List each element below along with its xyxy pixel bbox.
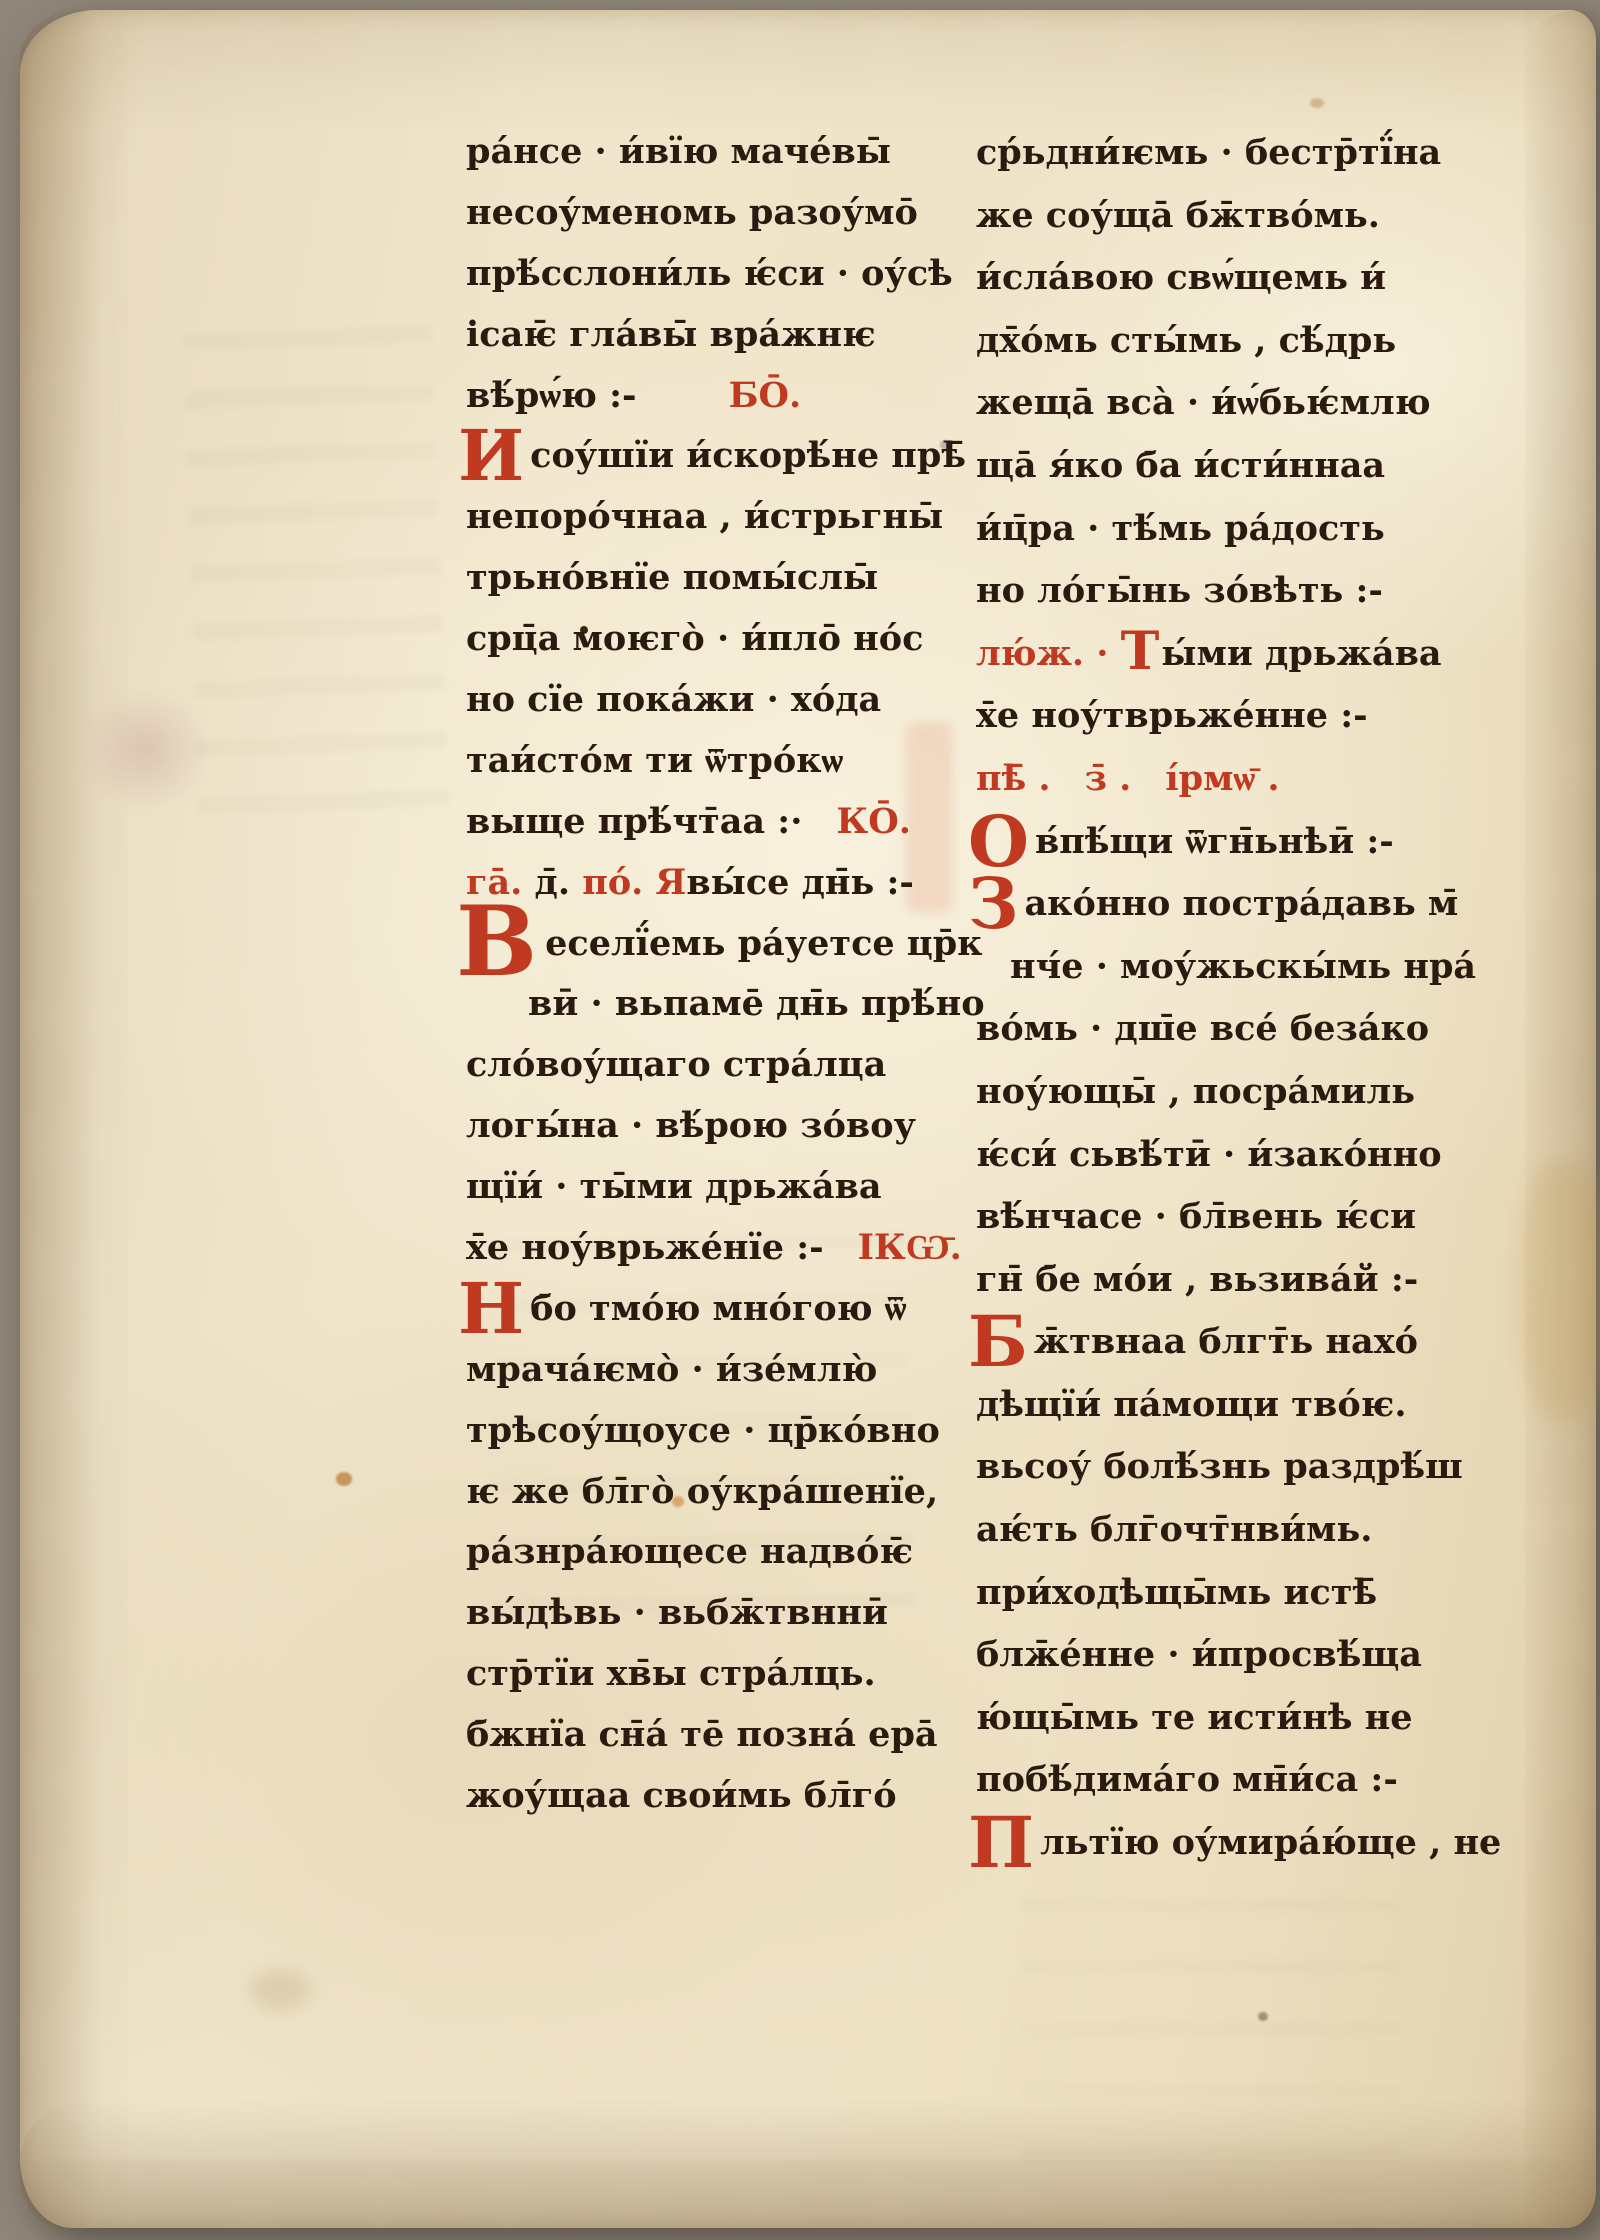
page-edge-shading-right	[1526, 10, 1596, 2228]
text-ink: вы́дѣвь · вьбж̄твннӣ	[466, 1592, 888, 1633]
text-ink: ср́ьдни́ѥмь · бестр̄тї́на	[976, 132, 1441, 173]
text-ink: гн̄ б̄е мо́и , вьзива́й :-	[976, 1259, 1418, 1300]
text-rubric: і́рмѡ̄ .	[1165, 758, 1279, 799]
text-ink: вьсоу́ болѣ́знь раздрѣ́ш	[976, 1446, 1463, 1487]
text-ink: дѣщїи́ па́мощи тво́ѥ.	[976, 1384, 1407, 1425]
text-ink: в́пѣ́щи ѿгн̄ьнѣӣ :-	[1035, 821, 1394, 862]
manuscript-line: и́сла́вою свѡ́щемь и́	[976, 247, 1501, 310]
manuscript-line: жоу́щаа свои́мь бл̄го́	[466, 1766, 985, 1827]
text-rubric: Я	[656, 862, 687, 903]
manuscript-line: ѥ же бл̄го̀ оу́кра́шенїе,	[466, 1462, 985, 1523]
text-ink: при́ходѣщы̄мь истѣ̄	[976, 1572, 1377, 1613]
manuscript-line: вѣ́нчасе · бл̄вень ѥ́си	[976, 1186, 1501, 1249]
manuscript-line: мрача́ѥмо̀ · и́зе́млю̀	[466, 1340, 985, 1401]
text-ink: д̄.	[535, 862, 583, 903]
text-ink: ж̄твнаа блгт̄ь нахо́	[1034, 1321, 1418, 1362]
text-ink: ю́щы̄мь те исти́нѣ не	[976, 1697, 1413, 1738]
manuscript-line: вѣ́рѡ́ю :-БО̄.	[466, 366, 985, 427]
manuscript-line: ю́щы̄мь те исти́нѣ не	[976, 1687, 1501, 1750]
manuscript-line: но сїе пока́жи · хо́да	[466, 670, 985, 731]
text-ink: трьно́внїе помы́слы̄	[466, 557, 878, 598]
text-ink: логы́на · вѣ́рою зо́воу	[466, 1105, 916, 1146]
text-ink: вӣ · вьпаме̄ дн̄ь прѣ́но	[528, 983, 985, 1024]
text-ink: б̄о тмо́ю мно́гою ѿ	[530, 1288, 906, 1329]
manuscript-line: аѥ́ть блг̄очт̄нви́мь.	[976, 1499, 1501, 1562]
manuscript-line: Веселї́емь ра́уетсе цр̄к	[466, 914, 985, 975]
manuscript-line: срц̄а моѥго̀ · и́пло̄ но́с	[466, 609, 985, 670]
manuscript-line: ісаѥ̄ гла́вы̄ вра́жнѥ	[466, 305, 985, 366]
text-ink: прѣ́сслони́ль ѥ́си · оу́сѣ	[466, 253, 953, 294]
manuscript-line: ща̄ я́ко б̄а и́сти́ннаа	[976, 435, 1501, 498]
text-ink: сло́воу́щаго стра́лца	[466, 1044, 886, 1085]
manuscript-line: нч́е · моу́жьскы́мь нра́	[976, 936, 1501, 999]
manuscript-line: х̄е ноу́тврьже́нне :-	[976, 685, 1501, 748]
stain	[250, 1970, 310, 2010]
manuscript-line: таи́сто́м ти ѿтро́кѡ	[466, 731, 985, 792]
text-rubric: КО̄.	[836, 801, 911, 842]
text-ink: мрача́ѥмо̀ · и́зе́млю̀	[466, 1349, 877, 1390]
text-ink: ра́нсе · и́вїю маче́вы̄	[466, 131, 891, 172]
text-ink: несоу́меномь разоу́мо̄	[466, 192, 918, 233]
text-ink: х̄е ноу́врьже́нїе :-	[466, 1227, 824, 1268]
manuscript-line: га̄. д̄. по́. Явы́се дн̄ь :-	[466, 853, 985, 914]
text-ink: но сїе пока́жи · хо́да	[466, 679, 881, 720]
text-rubric: лю́ж. ·	[976, 633, 1121, 674]
text-column-right: ср́ьдни́ѥмь · бестр̄тї́наже соу́ща̄ бж̄т…	[976, 122, 1501, 1875]
text-ink: ако́нно постра́давь м̄	[1024, 883, 1458, 924]
manuscript-line: же соу́ща̄ бж̄тво́мь.	[976, 185, 1501, 248]
text-ink: побѣ́дима́го мн̄и́са :-	[976, 1759, 1398, 1800]
manuscript-line: дѣщїи́ па́мощи тво́ѥ.	[976, 1374, 1501, 1437]
manuscript-line: вьсоу́ болѣ́знь раздрѣ́ш	[976, 1436, 1501, 1499]
text-ink: ра́знра́ющесе надво́ѥ̄	[466, 1531, 913, 1572]
text-rubric: пѣ̄ .	[976, 758, 1051, 799]
manuscript-line: вы́дѣвь · вьбж̄твннӣ	[466, 1583, 985, 1644]
manuscript-line: ноу́ющы̄ , посра́миль	[976, 1061, 1501, 1124]
text-ink: аѥ́ть блг̄очт̄нви́мь.	[976, 1509, 1372, 1550]
manuscript-line: пѣ̄ .з̄ .і́рмѡ̄ .	[976, 748, 1501, 811]
manuscript-line: выще прѣ́чт̄аа :·КО̄.	[466, 792, 985, 853]
manuscript-line: Зако́нно постра́давь м̄	[976, 873, 1501, 936]
text-ink: блж̄е́нне · и́просвѣ́ща	[976, 1634, 1422, 1675]
text-ink: выще прѣ́чт̄аа :·	[466, 801, 802, 842]
manuscript-line: ѥ́си́ сьвѣ́тӣ · и́зако́нно	[976, 1124, 1501, 1187]
manuscript-line: Исоу́шїи и́скорѣ́не прѣ̄	[466, 426, 985, 487]
text-ink: же соу́ща̄ бж̄тво́мь.	[976, 195, 1380, 236]
text-rubric: з̄ .	[1085, 758, 1132, 799]
verso-show-through	[181, 286, 449, 814]
text-column-left: ра́нсе · и́вїю маче́вы̄несоу́меномь разо…	[466, 122, 985, 1827]
text-ink: ща̄ я́ко б̄а и́сти́ннаа	[976, 445, 1385, 486]
manuscript-line: и́ц̄ра · тѣ́мь ра́дость	[976, 498, 1501, 561]
text-rubric: по́.	[582, 862, 655, 903]
manuscript-line: сло́воу́щаго стра́лца	[466, 1035, 985, 1096]
text-ink: ѥ́си́ сьвѣ́тӣ · и́зако́нно	[976, 1134, 1442, 1175]
text-rubric: БО̄.	[729, 375, 802, 416]
page-edge-shading-left	[20, 10, 100, 2228]
text-ink: жеща̄ вса̀ · и́ѡ́бьѥ́млю	[976, 382, 1431, 423]
manuscript-line: Ов́пѣ́щи ѿгн̄ьнѣӣ :-	[976, 811, 1501, 874]
manuscript-line: щїи́ · ты̄ми дрьжа́ва	[466, 1157, 985, 1218]
text-ink: срц̄а моѥго̀ · и́пло̄ но́с	[466, 618, 923, 659]
manuscript-line: вӣ · вьпаме̄ дн̄ь прѣ́но	[466, 974, 985, 1035]
manuscript-line: х̄е ноу́врьже́нїе :-ІКѠ̄.	[466, 1218, 985, 1279]
text-rubric: ІКѠ̄.	[858, 1227, 962, 1268]
text-ink: ноу́ющы̄ , посра́миль	[976, 1071, 1415, 1112]
text-ink: но ло́гы̄нь зо́вѣть :-	[976, 570, 1383, 611]
manuscript-line: жеща̄ вса̀ · и́ѡ́бьѥ́млю	[976, 372, 1501, 435]
text-ink: льтїю оу́мира́ю́ще , не	[1040, 1822, 1501, 1863]
text-ink: еселї́емь ра́уетсе цр̄к	[545, 923, 982, 964]
manuscript-line: стр̄тїи хв̄ы стра́лць.	[466, 1644, 985, 1705]
manuscript-line: побѣ́дима́го мн̄и́са :-	[976, 1749, 1501, 1812]
manuscript-line: гн̄ б̄е мо́и , вьзива́й :-	[976, 1249, 1501, 1312]
manuscript-line: ср́ьдни́ѥмь · бестр̄тї́на	[976, 122, 1501, 185]
manuscript-line: во́мь · дш̄е все́ беза́ко	[976, 998, 1501, 1061]
manuscript-page: ра́нсе · и́вїю маче́вы̄несоу́меномь разо…	[20, 10, 1596, 2228]
foxing-spot	[336, 1472, 352, 1486]
manuscript-line: но ло́гы̄нь зо́вѣть :-	[976, 560, 1501, 623]
manuscript-line: дх̄о́мь сты́мь , сѣ́дрь	[976, 310, 1501, 373]
text-ink: х̄е ноу́тврьже́нне :-	[976, 695, 1368, 736]
manuscript-line: трѣсоу́щоусе · цр̄ко́вно	[466, 1401, 985, 1462]
manuscript-line: ра́нсе · и́вїю маче́вы̄	[466, 122, 985, 183]
text-ink: вы́се дн̄ь :-	[686, 862, 914, 903]
manuscript-line: Нб̄о тмо́ю мно́гою ѿ	[466, 1279, 985, 1340]
foxing-spot	[1258, 2012, 1268, 2021]
manuscript-line: Пльтїю оу́мира́ю́ще , не	[976, 1812, 1501, 1875]
text-ink: вѣ́нчасе · бл̄вень ѥ́си	[976, 1196, 1416, 1237]
manuscript-line: ра́знра́ющесе надво́ѥ̄	[466, 1522, 985, 1583]
text-ink: б̄жнїа сн̄а́ те̄ позна́ ера̄	[466, 1714, 938, 1755]
text-ink: щїи́ · ты̄ми дрьжа́ва	[466, 1166, 882, 1207]
manuscript-line: прѣ́сслони́ль ѥ́си · оу́сѣ	[466, 244, 985, 305]
manuscript-line: несоу́меномь разоу́мо̄	[466, 183, 985, 244]
text-ink: и́ц̄ра · тѣ́мь ра́дость	[976, 508, 1385, 549]
manuscript-photo: ра́нсе · и́вїю маче́вы̄несоу́меномь разо…	[0, 0, 1600, 2240]
text-ink: ы́ми дрьжа́ва	[1161, 633, 1441, 674]
page-edge-shading-bottom	[20, 2098, 1596, 2228]
text-ink: ѥ же бл̄го̀ оу́кра́шенїе,	[466, 1471, 938, 1512]
text-ink: непоро́чнаа , и́стрьгны̄	[466, 496, 943, 537]
foxing-spot	[1310, 98, 1324, 108]
text-ink: соу́шїи и́скорѣ́не прѣ̄	[530, 435, 966, 476]
manuscript-line: блж̄е́нне · и́просвѣ́ща	[976, 1624, 1501, 1687]
text-ink: во́мь · дш̄е все́ беза́ко	[976, 1008, 1429, 1049]
text-ink: трѣсоу́щоусе · цр̄ко́вно	[466, 1410, 940, 1451]
text-ink: ісаѥ̄ гла́вы̄ вра́жнѥ	[466, 314, 876, 355]
text-ink: нч́е · моу́жьскы́мь нра́	[1010, 946, 1476, 987]
text-ink: жоу́щаа свои́мь бл̄го́	[466, 1775, 897, 1816]
manuscript-line: непоро́чнаа , и́стрьгны̄	[466, 487, 985, 548]
manuscript-line: при́ходѣщы̄мь истѣ̄	[976, 1562, 1501, 1625]
text-ink: дх̄о́мь сты́мь , сѣ́дрь	[976, 320, 1396, 361]
manuscript-line: Бж̄твнаа блгт̄ь нахо́	[976, 1311, 1501, 1374]
manuscript-line: б̄жнїа сн̄а́ те̄ позна́ ера̄	[466, 1705, 985, 1766]
manuscript-line: логы́на · вѣ́рою зо́воу	[466, 1096, 985, 1157]
text-ink: стр̄тїи хв̄ы стра́лць.	[466, 1653, 876, 1694]
manuscript-line: трьно́внїе помы́слы̄	[466, 548, 985, 609]
text-ink: и́сла́вою свѡ́щемь и́	[976, 257, 1386, 298]
text-ink: вѣ́рѡ́ю :-	[466, 375, 637, 416]
manuscript-line: лю́ж. · Ты́ми дрьжа́ва	[976, 623, 1501, 686]
text-ink: таи́сто́м ти ѿтро́кѡ	[466, 740, 843, 781]
